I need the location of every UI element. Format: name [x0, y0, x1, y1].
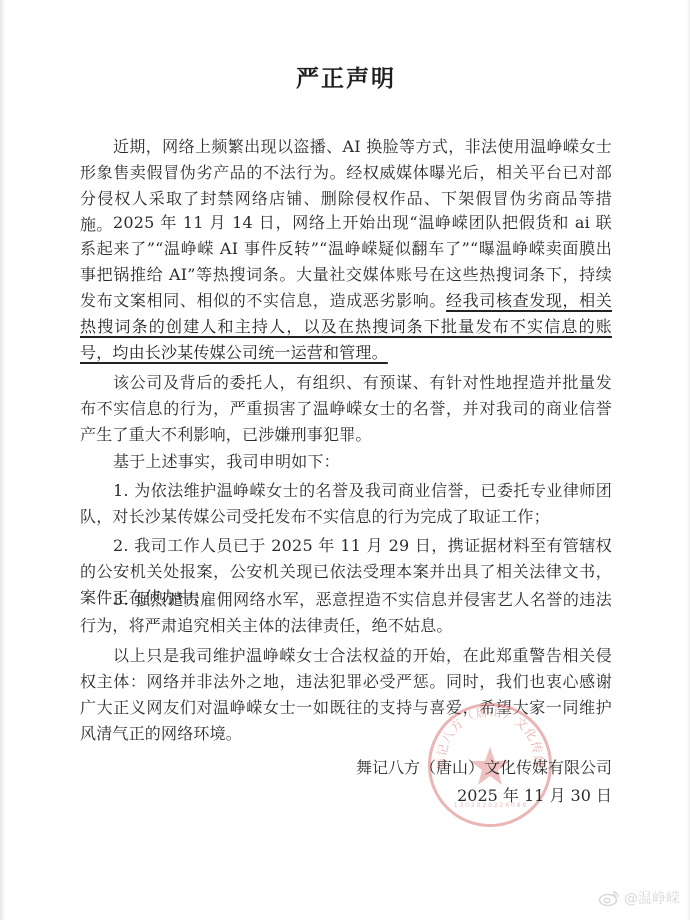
paragraph-hot-search: 2025 年 11 月 14 日，网络上开始出现“温峥嵘团队把假货和 ai 联系… — [80, 210, 612, 366]
watermark-text: @温峥嵘 — [624, 888, 680, 908]
weibo-icon — [598, 889, 620, 907]
signature-date: 2025 年 11 月 30 日 — [457, 783, 612, 806]
page-edge-shadow-left — [0, 0, 6, 920]
weibo-watermark: @温峥嵘 — [598, 888, 680, 908]
signature-company: 舞记八方（唐山）文化传媒有限公司 — [356, 755, 612, 778]
paragraph-declaration-intro-text: 基于上述事实，我司申明如下： — [113, 452, 340, 471]
document-title: 严正声明 — [80, 60, 612, 93]
declaration-item-3: 3. 强烈谴责雇佣网络水军，恶意捏造不实信息并侵害艺人名誉的违法行为，将严肃追究… — [80, 587, 612, 639]
declaration-item-3-text: 3. 强烈谴责雇佣网络水军，恶意捏造不实信息并侵害艺人名誉的违法行为，将严肃追究… — [80, 590, 612, 635]
paragraph-declaration-intro: 基于上述事实，我司申明如下： — [80, 449, 612, 475]
declaration-item-1: 1. 为依法维护温峥嵘女士的名誉及我司商业信誉，已委托专业律师团队，对长沙某传媒… — [80, 478, 612, 530]
paragraph-company-conduct: 该公司及背后的委托人，有组织、有预谋、有针对性地捏造并批量发布不实信息的行为，严… — [80, 370, 612, 448]
paragraph-company-conduct-text: 该公司及背后的委托人，有组织、有预谋、有针对性地捏造并批量发布不实信息的行为，严… — [80, 373, 612, 444]
declaration-item-1-text: 1. 为依法维护温峥嵘女士的名誉及我司商业信誉，已委托专业律师团队，对长沙某传媒… — [80, 481, 612, 526]
